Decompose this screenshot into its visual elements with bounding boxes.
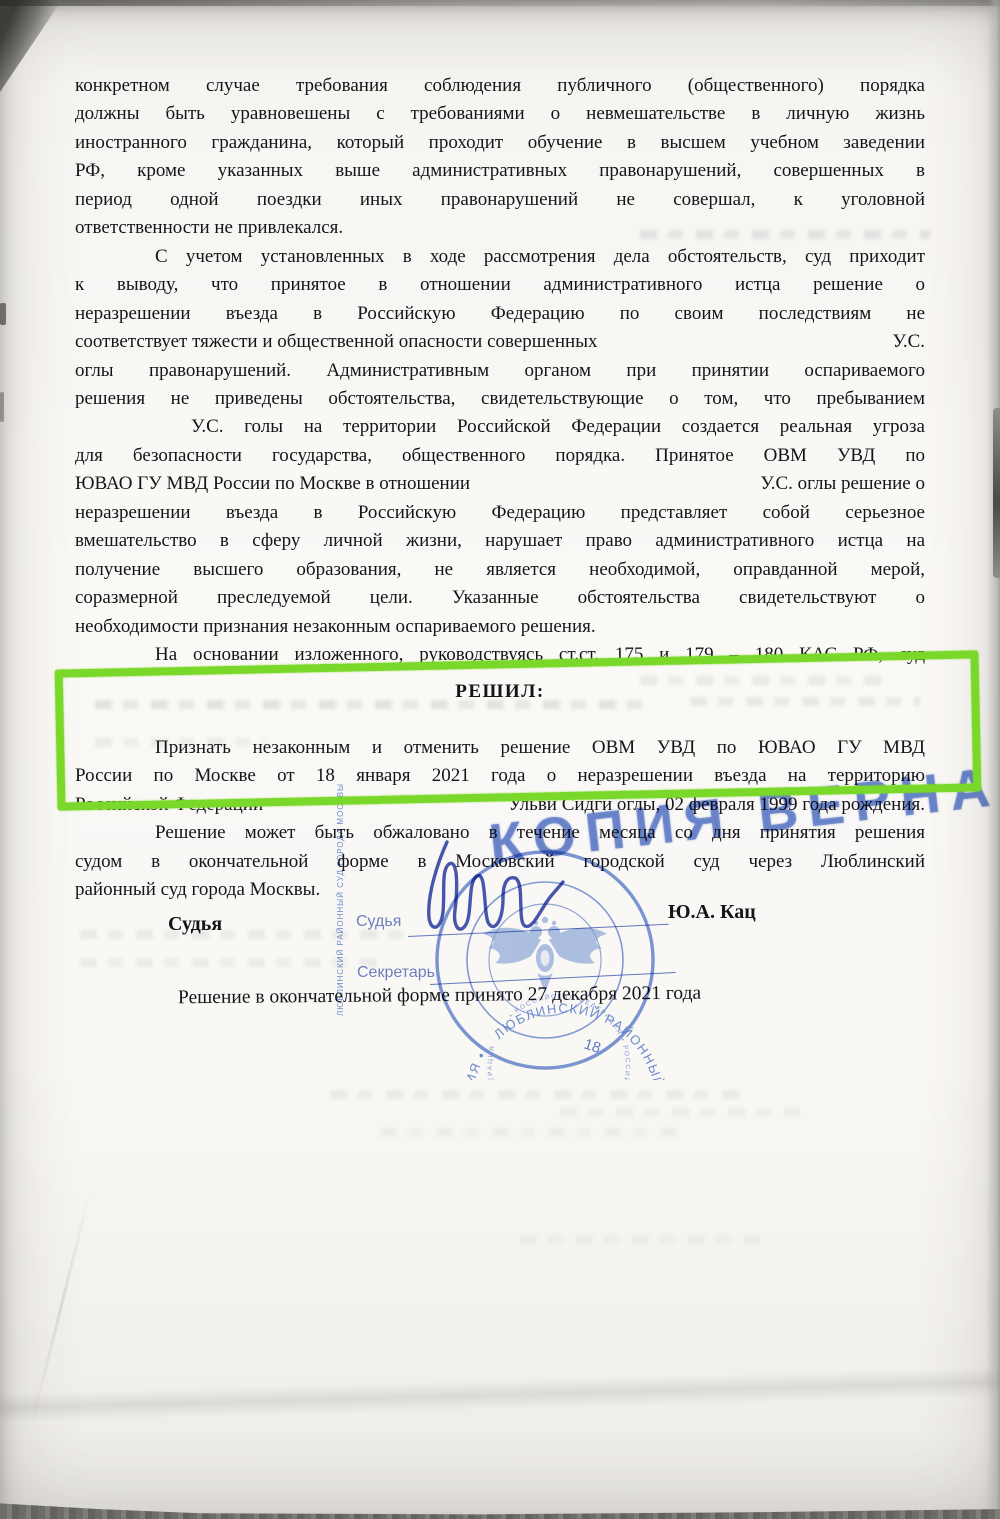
judge-label: Судья [168, 913, 222, 936]
text-line: С учетом установленных в ходе рассмотрен… [75, 243, 925, 271]
text-segment: У.С. оглы решение о [760, 470, 925, 498]
photo-artifact [0, 392, 4, 422]
photo-artifact [0, 1367, 1000, 1423]
text-segment: ЮВАО ГУ МВД России по Москве в отношении [75, 470, 470, 498]
text-segment: У.С. [892, 328, 925, 356]
text-line: для безопасности государства, общественн… [75, 442, 925, 470]
stamp-secretary-field-label: Секретарь [357, 964, 435, 982]
text-line: решения не приведены обстоятельства, сви… [75, 385, 925, 413]
stamp-side-court-name: ЛЮБЛИНСКИЙ РАЙОННЫЙ СУД ГОРОДА МОСКВЫ [336, 846, 345, 1016]
text-segment: соответствует тяжести и общественной опа… [75, 328, 597, 356]
text-line: к выводу, что принятое в отношении админ… [75, 271, 925, 299]
photo-artifact [0, 1493, 1000, 1519]
text-line: неразрешении въезда в Российскую Федерац… [75, 300, 925, 328]
judge-name: Ю.А. Кац [668, 901, 756, 924]
photo-artifact [993, 408, 1000, 578]
photo-artifact [0, 0, 62, 92]
photo-artifact [560, 1108, 800, 1117]
double-headed-eagle-emblem [483, 917, 607, 993]
text-line: вмешательство в сферу личной жизни, нару… [75, 527, 925, 555]
text-line-redacted: ЮВАО ГУ МВД России по Москве в отношении… [75, 470, 925, 498]
photo-artifact [330, 1090, 750, 1099]
text-line: У.С. голы на территории Российской Федер… [75, 413, 925, 441]
text-line: получение высшего образования, не являет… [75, 556, 925, 584]
photo-artifact [80, 958, 380, 967]
photo-artifact [0, 303, 6, 325]
photo-artifact [380, 1128, 680, 1137]
text-line: неразрешении въезда в Российскую Федерац… [75, 499, 925, 527]
photo-artifact [0, 0, 1000, 6]
text-line: должны быть уравновешены с требованиями … [75, 100, 925, 128]
text-line: конкретном случае требования соблюдения … [75, 72, 925, 100]
photo-artifact [987, 0, 1000, 1519]
text-line: РФ, кроме указанных выше административны… [75, 157, 925, 185]
highlight-box [55, 650, 982, 810]
text-line: период одной поездки иных правонарушений… [75, 186, 925, 214]
text-line: иностранного гражданина, который проходи… [75, 129, 925, 157]
text-line: оглы правонарушений. Административным ор… [75, 357, 925, 385]
photo-artifact [520, 1235, 760, 1244]
text-line: соразмерной преследуемой цели. Указанные… [75, 584, 925, 612]
photo-artifact [80, 930, 410, 939]
text-line: необходимости признания незаконным оспар… [75, 613, 925, 641]
stamp-judge-field-label: Судья [356, 913, 401, 931]
scanned-court-decision-page: конкретном случае требования соблюдения … [0, 0, 1000, 1519]
court-round-seal-stamp: ЛЮБЛИНСКИЙ РАЙОННЫЙ СУД Г. МОСКВЫ • РОСС… [425, 840, 665, 1080]
text-line-redacted: соответствует тяжести и общественной опа… [75, 328, 925, 356]
text-line: ответственности не привлекался. [75, 214, 925, 242]
